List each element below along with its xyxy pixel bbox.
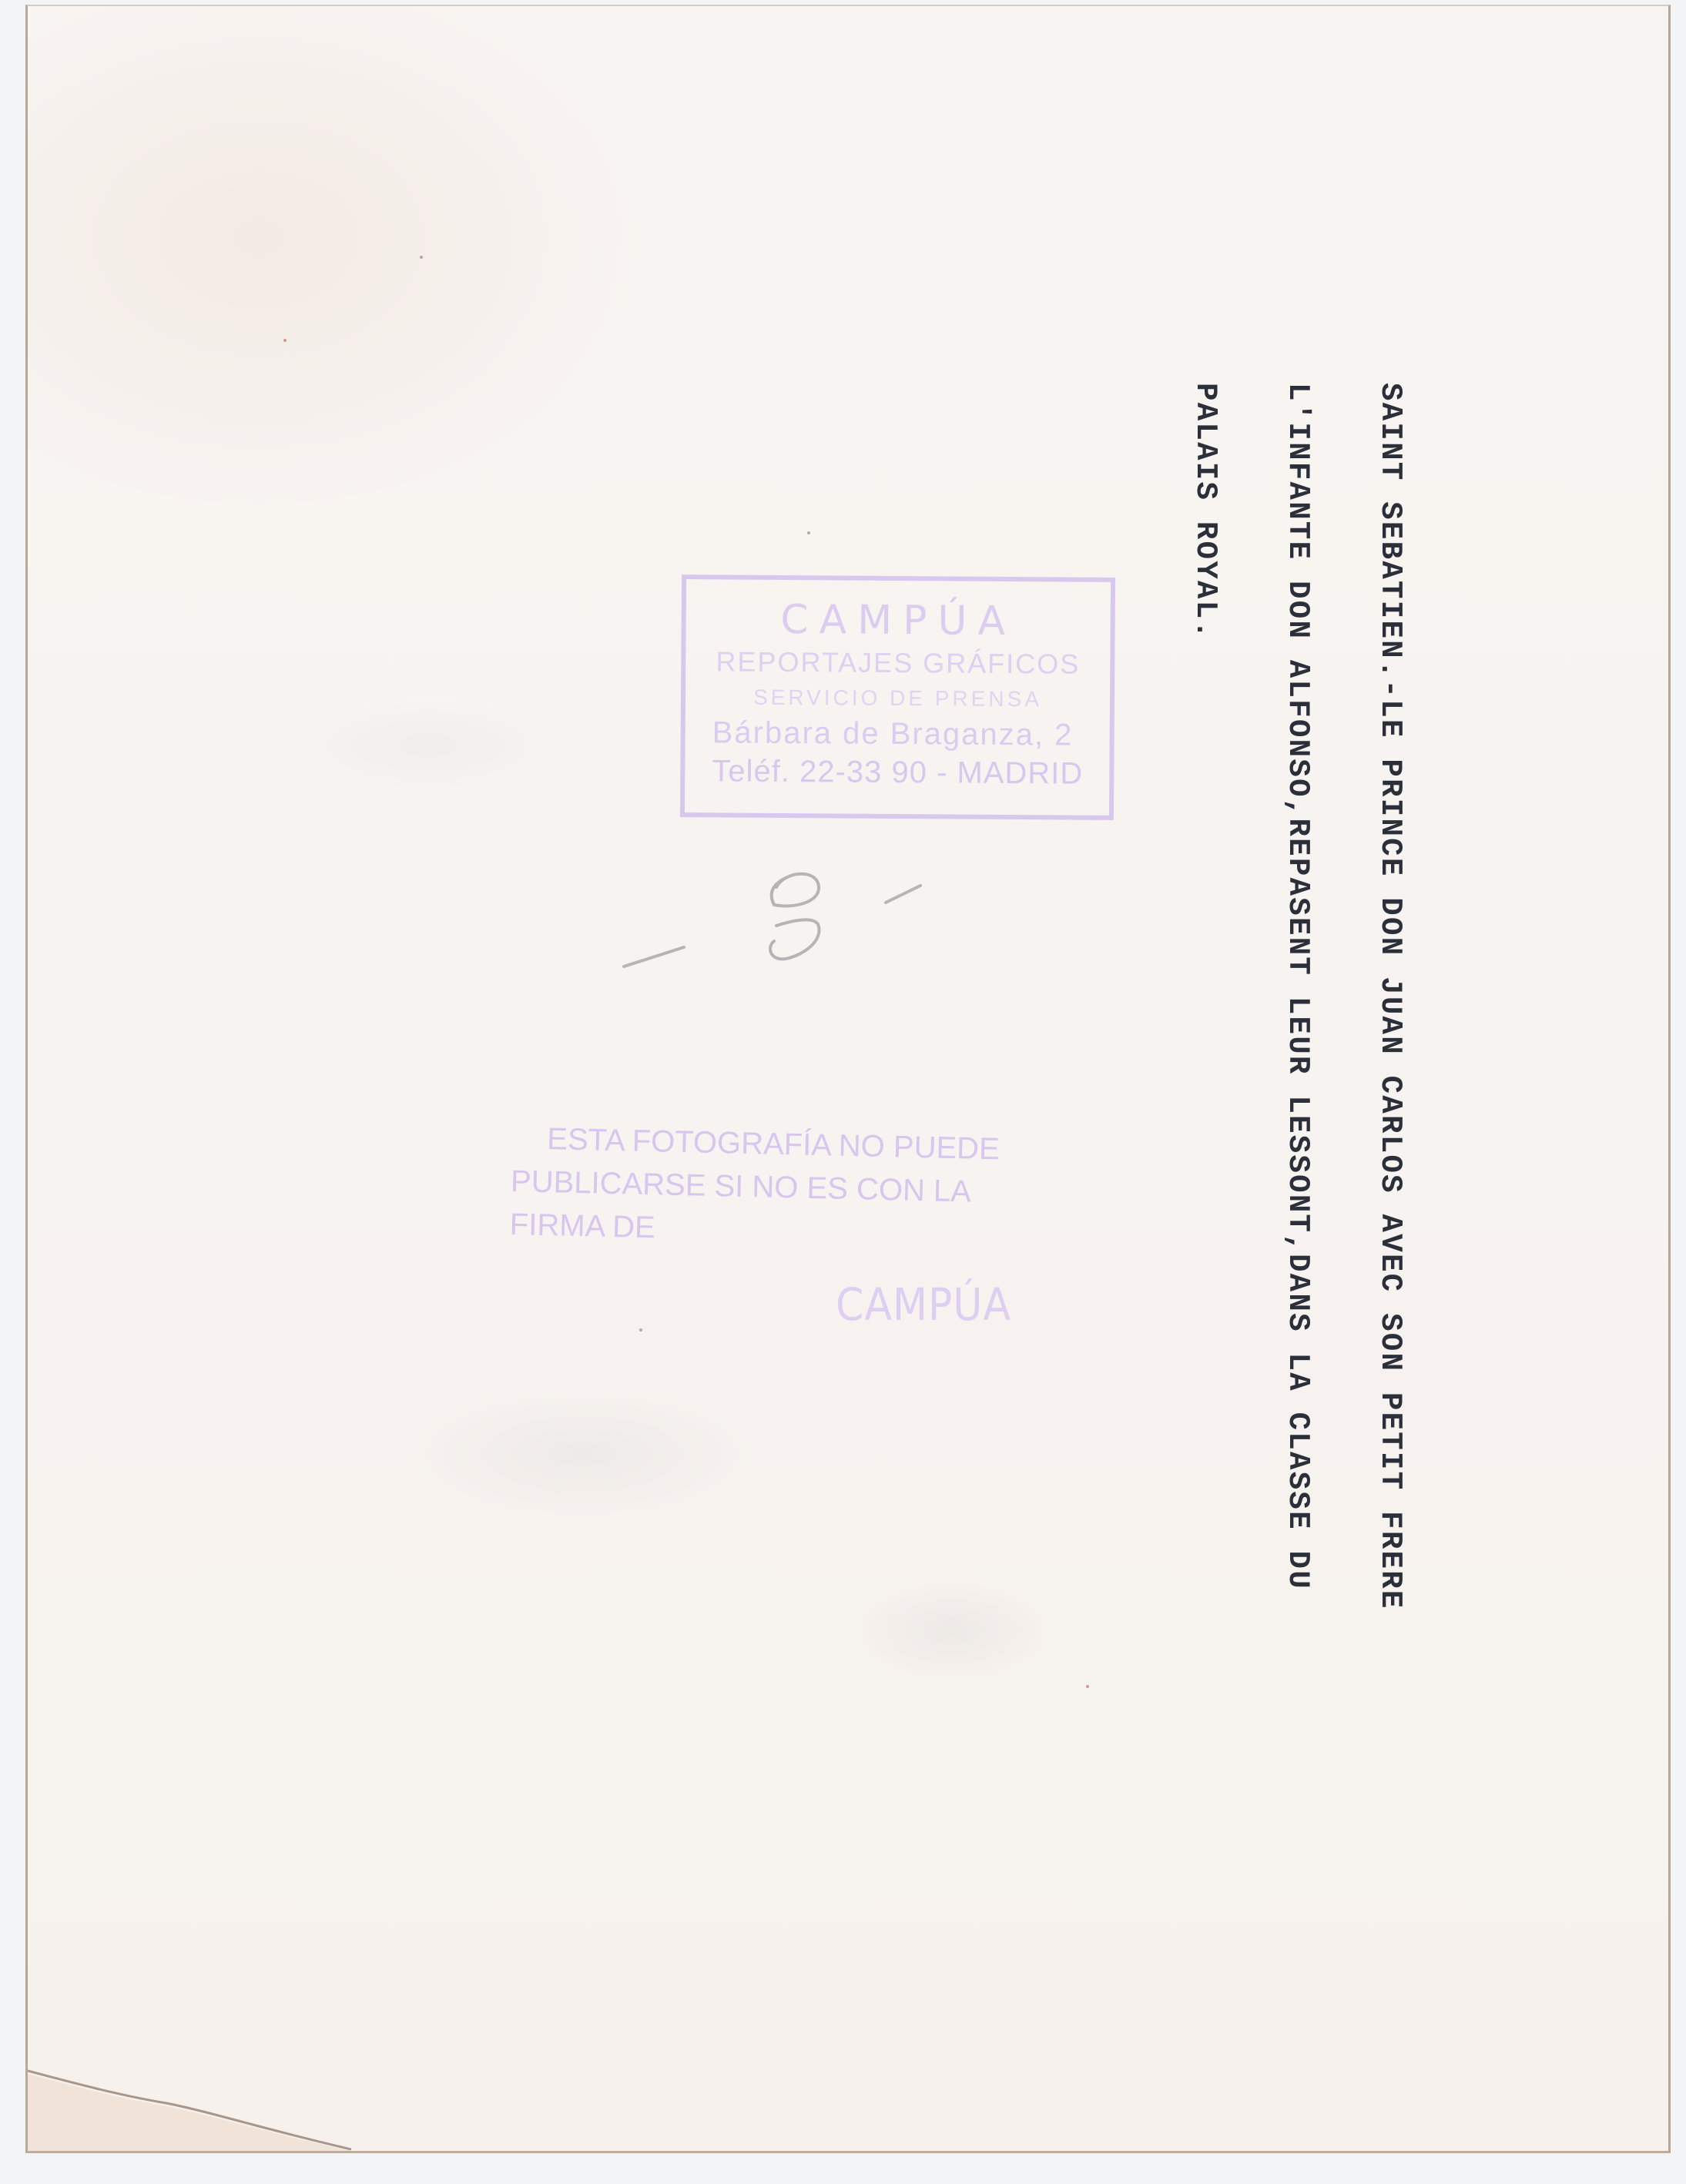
publication-notice-stamp: ESTA FOTOGRAFÍA NO PUEDE PUBLICARSE SI N…	[509, 1117, 1098, 1259]
handwritten-page-number	[601, 847, 947, 1017]
stamp-line-servicio: SERVICIO DE PRENSA	[685, 681, 1110, 716]
speck	[807, 531, 810, 534]
stamp-line-reportajes: REPORTAJES GRÁFICOS	[685, 642, 1110, 684]
handwritten-page-number-text: - 3 -	[763, 866, 764, 867]
speck	[1086, 1685, 1089, 1688]
notice-signature: CAMPÚA	[836, 1278, 1011, 1331]
speck	[420, 256, 423, 259]
agency-stamp: CAMPÚA REPORTAJES GRÁFICOS SERVICIO DE P…	[680, 574, 1115, 820]
stamp-line-phone: Teléf. 22-33 90 - MADRID	[685, 752, 1109, 793]
stamp-agency-name: CAMPÚA	[685, 596, 1110, 645]
typed-caption: SAINT SEBATIEN.-LE PRINCE DON JUAN CARLO…	[1159, 383, 1467, 1815]
speck	[639, 1328, 642, 1332]
caption-line-3: PALAIS ROYAL.	[1190, 383, 1221, 1815]
corner-crease	[28, 2066, 351, 2151]
caption-line-1: SAINT SEBATIEN.-LE PRINCE DON JUAN CARLO…	[1375, 383, 1406, 1815]
caption-line-2: L'INFANTE DON ALFONSO,REPASENT LEUR LESS…	[1282, 383, 1313, 1815]
stamp-line-address: Bárbara de Braganza, 2	[685, 713, 1110, 755]
speck	[283, 339, 287, 342]
